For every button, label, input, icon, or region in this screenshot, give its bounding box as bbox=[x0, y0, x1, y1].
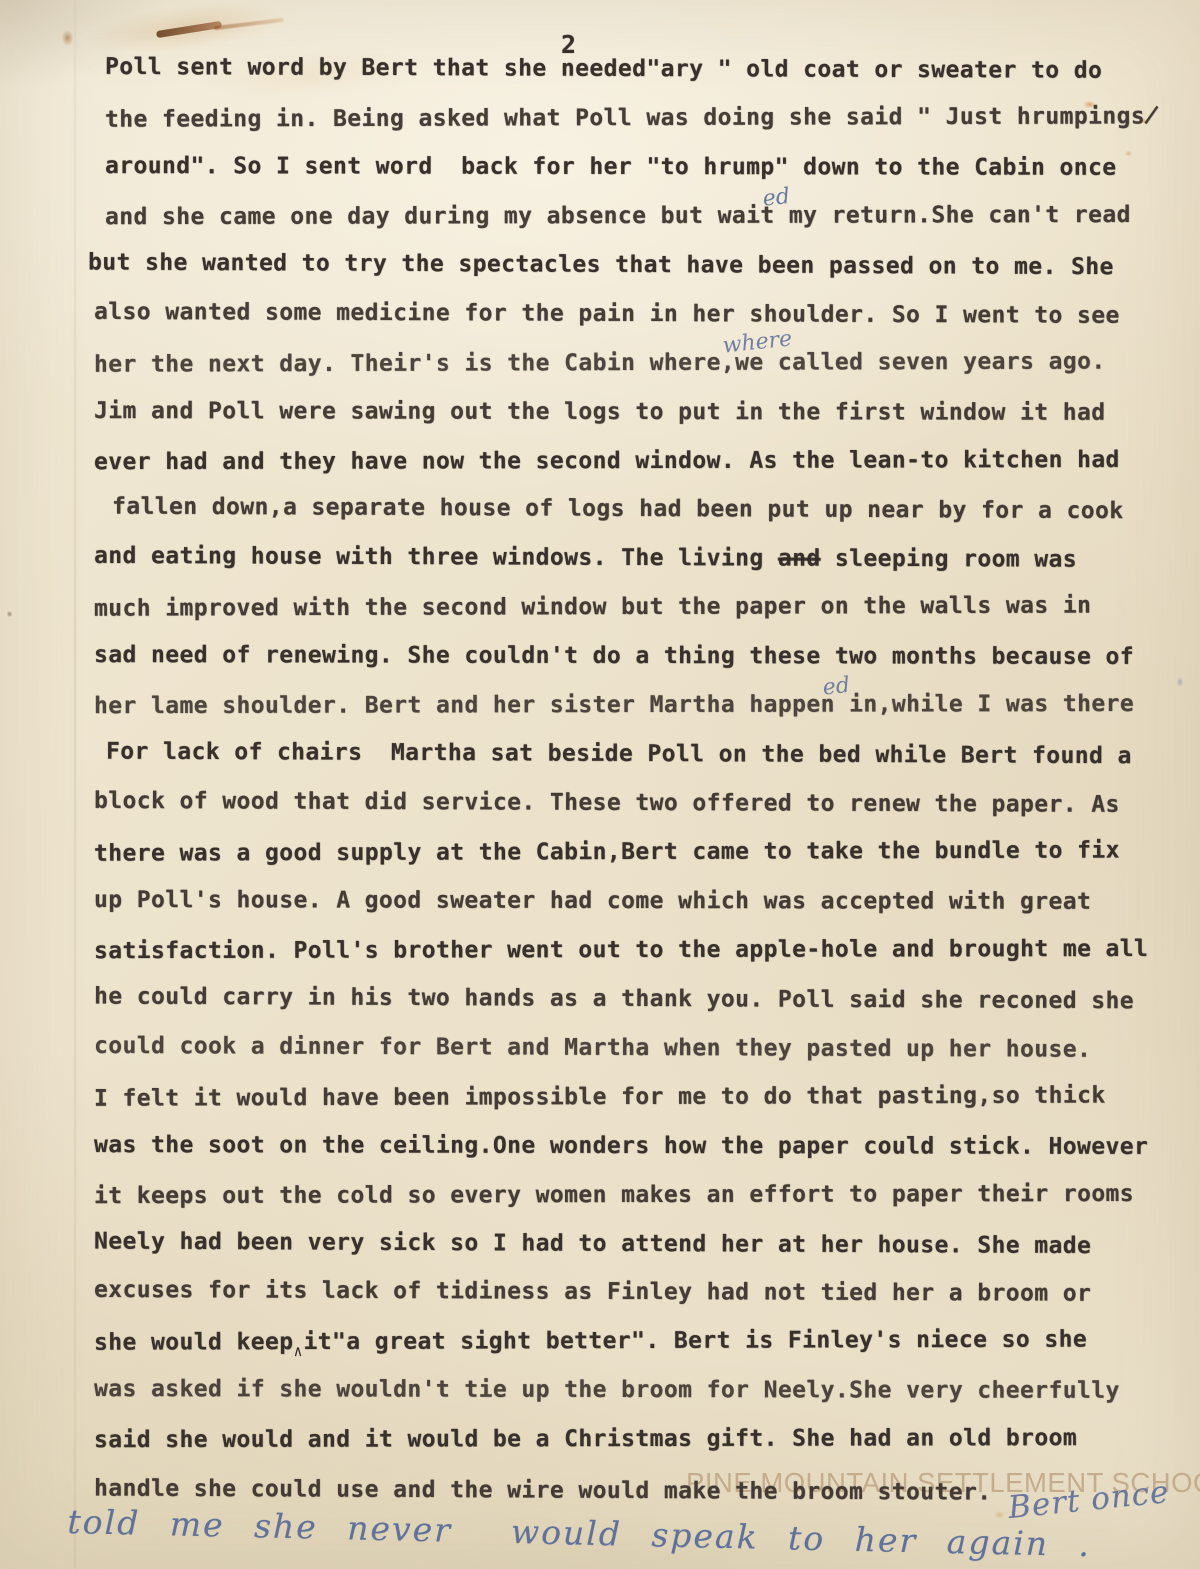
typed-text: sleeping room was bbox=[821, 546, 1078, 573]
typed-text: and eating house with three windows. The… bbox=[94, 543, 778, 572]
typed-line: and eating house with three windows. The… bbox=[94, 532, 1180, 585]
typed-line: excuses for its lack of tidiness as Finl… bbox=[94, 1266, 1180, 1319]
typed-line: fallen down,a separate house of logs had… bbox=[112, 483, 1180, 537]
typed-text: sad need of renewing. She couldn't do a … bbox=[94, 642, 1134, 670]
typed-text: fallen down,a separate house of logs had… bbox=[112, 494, 1124, 525]
typed-text: we called seven years ago. bbox=[735, 348, 1106, 375]
typed-text: it"a great sight better". Bert is Finley… bbox=[303, 1327, 1087, 1355]
typed-text: the feeding in. Being asked what Poll wa… bbox=[105, 103, 1159, 132]
typed-text: Poll sent word by Bert that she needed"a… bbox=[105, 54, 1102, 84]
typed-text: my return.She can't read bbox=[775, 202, 1131, 229]
typed-line: up Poll's house. A good sweater had come… bbox=[94, 876, 1180, 927]
typed-line: satisfaction. Poll's brother went out to… bbox=[94, 925, 1180, 976]
typed-line: much improved with the second window but… bbox=[94, 582, 1180, 634]
typed-text: up Poll's house. A good sweater had come… bbox=[94, 887, 1091, 915]
typed-text: there was a good supply at the Cabin,Ber… bbox=[94, 837, 1120, 866]
typed-line: could cook a dinner for Bert and Martha … bbox=[94, 1022, 1180, 1075]
typed-line: Poll sent word by Bert that she needed"a… bbox=[105, 43, 1180, 96]
typed-line: sad need of renewing. She couldn't do a … bbox=[94, 631, 1180, 682]
typed-text: was asked if she wouldn't tie up the bro… bbox=[94, 1376, 1120, 1404]
typed-text: ever had and they have now the second wi… bbox=[94, 446, 1120, 474]
typed-line: he could carry in his two hands as a tha… bbox=[94, 972, 1180, 1026]
typed-text: her lame shoulder. Bert and her sister M… bbox=[94, 692, 835, 720]
typed-line: but she wanted to try the spectacles tha… bbox=[88, 238, 1180, 292]
typed-text: satisfaction. Poll's brother went out to… bbox=[94, 936, 1148, 964]
typed-line: said she would and it would be a Christm… bbox=[94, 1414, 1180, 1465]
typed-line: Jim and Poll were sawing out the logs to… bbox=[94, 387, 1180, 438]
typed-text: excuses for its lack of tidiness as Finl… bbox=[94, 1277, 1091, 1307]
stain-mark bbox=[60, 28, 75, 48]
typed-line: there was a good supply at the Cabin,Ber… bbox=[94, 826, 1180, 878]
typed-text: her the next day. Their's is the Cabin w… bbox=[94, 349, 735, 377]
typed-line: it keeps out the cold so every women mak… bbox=[94, 1169, 1180, 1220]
typed-text: around". So I sent word back for her "to… bbox=[105, 153, 1117, 181]
typed-text-block: Poll sent word by Bert that she needed"a… bbox=[88, 45, 1180, 1513]
typed-text: Jim and Poll were sawing out the logs to… bbox=[94, 398, 1106, 426]
typed-line: I felt it would have been impossible for… bbox=[94, 1071, 1180, 1123]
struck-text: and bbox=[778, 546, 821, 572]
typed-text: also wanted some medicine for the pain i… bbox=[94, 299, 1120, 329]
ink-speck bbox=[6, 610, 13, 618]
typed-text: she would keep bbox=[94, 1329, 294, 1356]
typed-line: also wanted some medicine for the pain i… bbox=[94, 288, 1180, 341]
typed-text: I felt it would have been impossible for… bbox=[94, 1082, 1106, 1111]
typed-line: around". So I sent word back for her "to… bbox=[105, 142, 1180, 193]
typed-line: block of wood that did service. These tw… bbox=[94, 777, 1180, 830]
typed-line: was the soot on the ceiling.One wonders … bbox=[94, 1121, 1180, 1172]
typed-text: Neely had been very sick so I had to att… bbox=[94, 1228, 1091, 1259]
typed-line: the feeding in. Being asked what Poll wa… bbox=[105, 92, 1180, 144]
typed-line: her lame shoulder. Bert and her sister M… bbox=[94, 680, 1180, 731]
typed-line: and she came one day during my absence b… bbox=[105, 191, 1180, 242]
typed-line: her the next day. Their's is the Cabin w… bbox=[94, 337, 1180, 389]
typed-line: ever had and they have now the second wi… bbox=[94, 435, 1180, 486]
typed-text: handle she could use and the wire would … bbox=[94, 1476, 992, 1506]
typed-line: Neely had been very sick so I had to att… bbox=[94, 1217, 1180, 1271]
typed-text: but she wanted to try the spectacles tha… bbox=[88, 249, 1114, 280]
typed-text: in,while I was there bbox=[835, 691, 1134, 718]
typed-line: she would keep∧it"a great sight better".… bbox=[94, 1316, 1180, 1368]
typed-text: much improved with the second window but… bbox=[94, 593, 1091, 622]
typed-text: block of wood that did service. These tw… bbox=[94, 788, 1120, 818]
typed-text: and she came one day during my absence b… bbox=[105, 203, 775, 230]
typed-line: was asked if she wouldn't tie up the bro… bbox=[94, 1365, 1180, 1416]
typed-text: could cook a dinner for Bert and Martha … bbox=[94, 1033, 1091, 1063]
typed-text: was the soot on the ceiling.One wonders … bbox=[94, 1132, 1148, 1160]
fold-crease-line bbox=[74, 0, 76, 1569]
typed-text: For lack of chairs Martha sat beside Pol… bbox=[106, 739, 1132, 770]
typed-text: he could carry in his two hands as a tha… bbox=[94, 983, 1134, 1014]
typed-text: it keeps out the cold so every women mak… bbox=[94, 1181, 1134, 1209]
typed-line: For lack of chairs Martha sat beside Pol… bbox=[106, 728, 1180, 782]
typed-text: said she would and it would be a Christm… bbox=[94, 1425, 1077, 1453]
